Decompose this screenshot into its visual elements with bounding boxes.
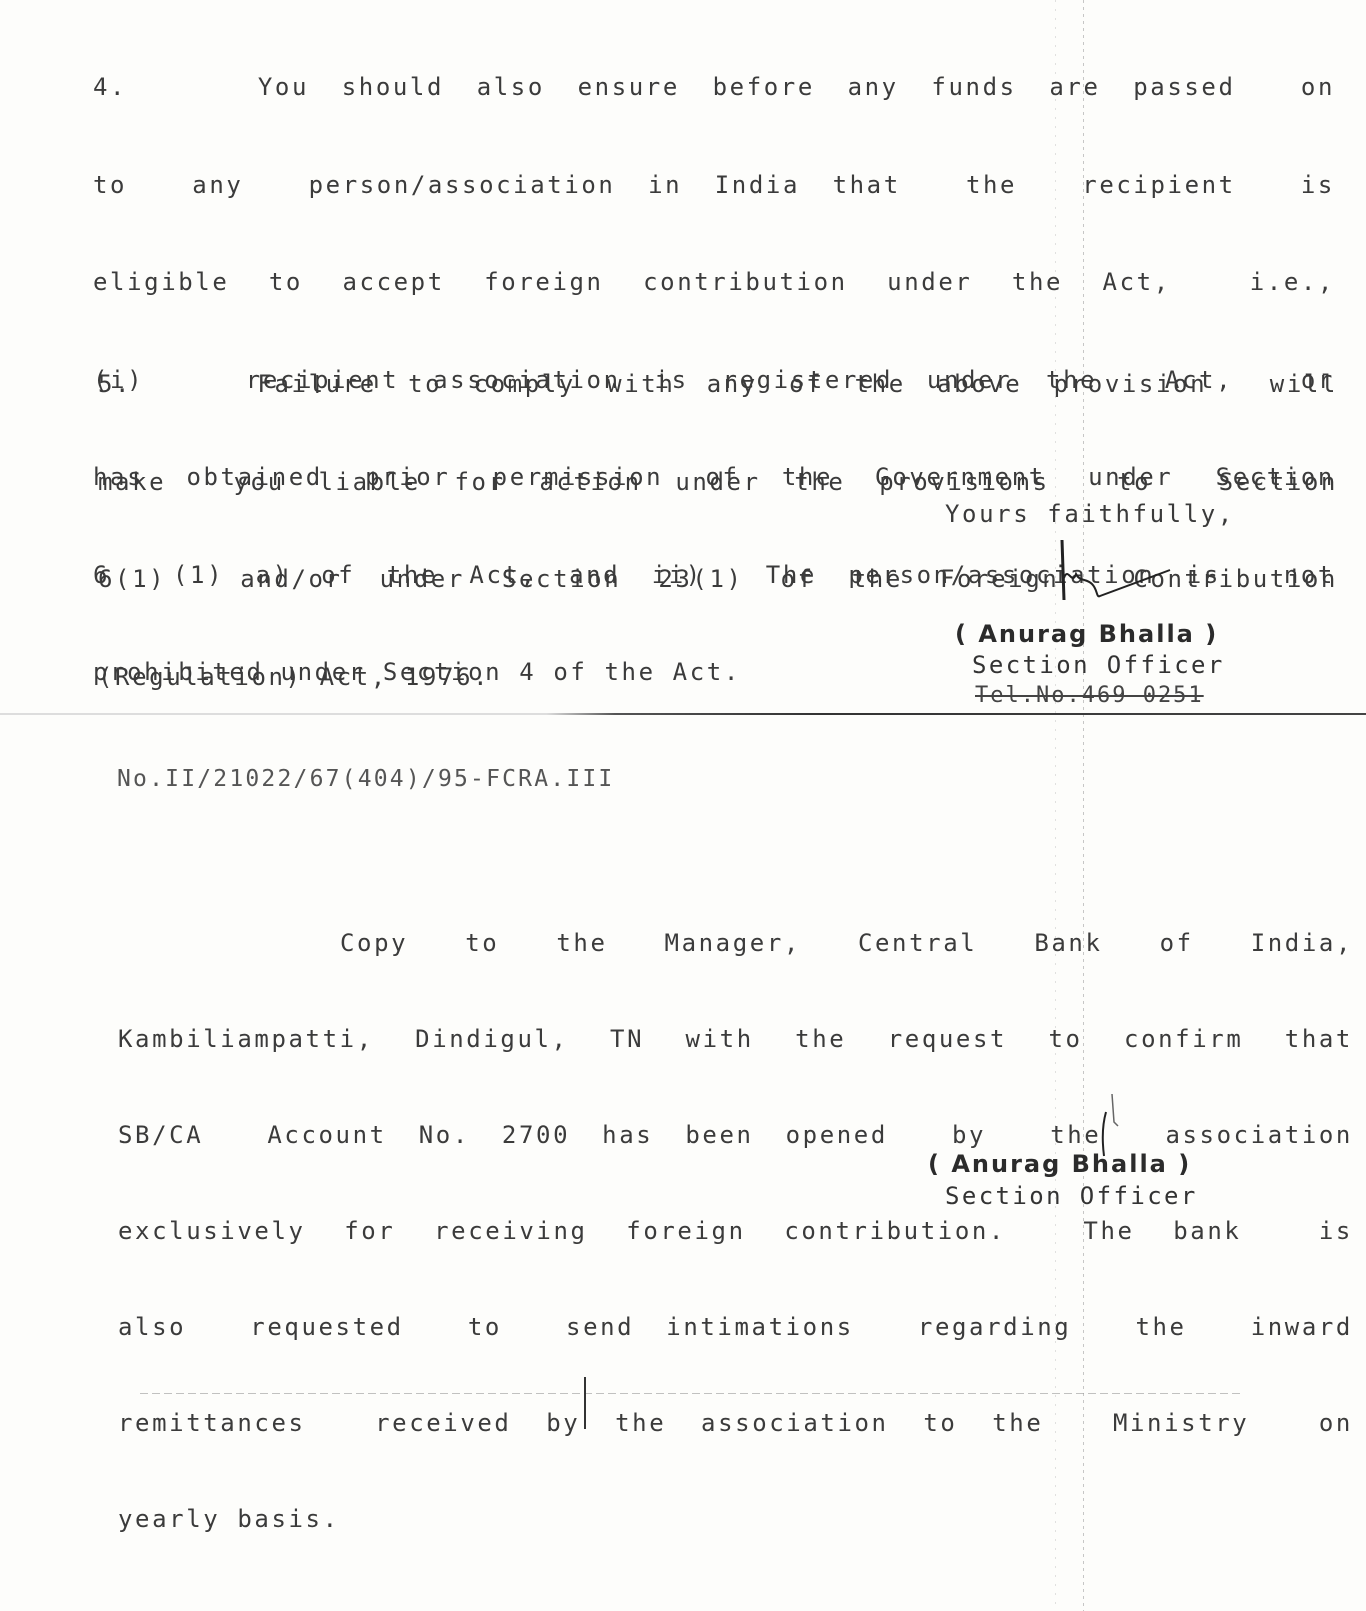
copy-paragraph-line: Copy to the Manager, Central Bank of Ind…	[118, 927, 1353, 959]
handwritten-signature-icon	[1050, 538, 1190, 608]
paragraph-4-line: to any person/association in India that …	[93, 169, 1335, 202]
copy-paragraph-line: remittances received by the association …	[118, 1407, 1353, 1439]
scanned-letter-page: 4. You should also ensure before any fun…	[0, 0, 1366, 1611]
faint-divider-line	[140, 1393, 1240, 1394]
copy-paragraph: Copy to the Manager, Central Bank of Ind…	[118, 863, 1353, 1599]
crop-mark	[584, 1377, 586, 1429]
paragraph-5-line: make you liable for action under the pro…	[98, 466, 1338, 499]
paragraph-5-line: 5. Failure to comply with any of the abo…	[98, 368, 1338, 401]
signatory-1-name: ( Anurag Bhalla )	[955, 620, 1218, 648]
signatory-2-name: ( Anurag Bhalla )	[928, 1150, 1191, 1178]
paragraph-4-line: eligible to accept foreign contribution …	[93, 266, 1335, 299]
signatory-1-title: Section Officer	[972, 651, 1225, 679]
signatory-1-phone-struck: Tel.No.469-0251	[975, 683, 1204, 708]
page-divider-line	[0, 713, 1366, 715]
closing-salutation: Yours faithfully,	[945, 500, 1235, 528]
copy-paragraph-line: Kambiliampatti, Dindigul, TN with the re…	[118, 1023, 1353, 1055]
copy-paragraph-line: exclusively for receiving foreign contri…	[118, 1215, 1353, 1247]
copy-paragraph-line: yearly basis.	[118, 1503, 1353, 1535]
paragraph-4-line: 4. You should also ensure before any fun…	[93, 71, 1335, 104]
signatory-2-title: Section Officer	[945, 1182, 1198, 1210]
copy-paragraph-line: also requested to send intimations regar…	[118, 1311, 1353, 1343]
reference-number: No.II/21022/67(404)/95-FCRA.III	[117, 766, 614, 792]
copy-paragraph-line: SB/CA Account No. 2700 has been opened b…	[118, 1119, 1353, 1151]
